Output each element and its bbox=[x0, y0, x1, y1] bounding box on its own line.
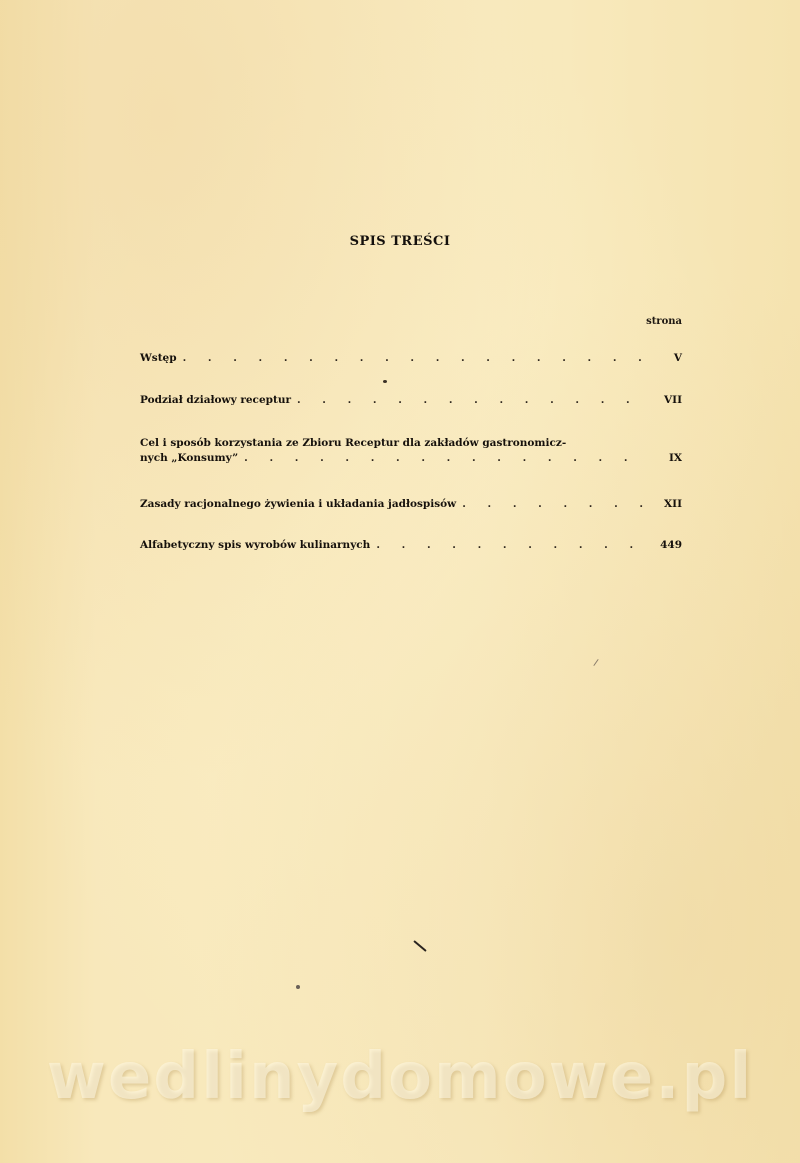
dot-leader bbox=[244, 451, 650, 466]
toc-entry-title-line2: nych „Konsumy” bbox=[140, 451, 238, 466]
toc-entry-title-line1: Cel i sposób korzystania ze Zbioru Recep… bbox=[140, 436, 566, 451]
toc-entry-zasady[interactable]: Zasady racjonalnego żywienia i układania… bbox=[140, 497, 682, 512]
toc-entry-title: Wstęp bbox=[140, 351, 177, 366]
scan-speck bbox=[296, 985, 300, 989]
dot-leader bbox=[297, 393, 650, 408]
toc-entry-title: Podział działowy receptur bbox=[140, 393, 291, 408]
toc-entry-wstep[interactable]: Wstęp V bbox=[140, 351, 682, 366]
dot-leader bbox=[376, 538, 650, 553]
scan-speck bbox=[593, 659, 598, 666]
toc-entry-page: IX bbox=[656, 451, 682, 466]
toc-entry-alfabetyczny-spis[interactable]: Alfabetyczny spis wyrobów kulinarnych 44… bbox=[140, 538, 682, 553]
dot-leader bbox=[183, 351, 650, 366]
watermark: wedlinydomowe.pl bbox=[0, 1040, 800, 1114]
toc-entry-title: Zasady racjonalnego żywienia i układania… bbox=[140, 497, 456, 512]
scan-speck bbox=[413, 940, 427, 952]
page-title: SPIS TREŚCI bbox=[0, 234, 800, 249]
toc-entry-podzial[interactable]: Podział działowy receptur VII bbox=[140, 393, 682, 408]
toc-entry-cel-i-sposob[interactable]: Cel i sposób korzystania ze Zbioru Recep… bbox=[140, 436, 682, 466]
dot-leader bbox=[462, 497, 650, 512]
toc-entry-page: VII bbox=[656, 393, 682, 408]
scan-speck bbox=[383, 380, 387, 383]
toc-entry-page: V bbox=[656, 351, 682, 366]
toc-entry-page: XII bbox=[656, 497, 682, 512]
toc-entry-title: Alfabetyczny spis wyrobów kulinarnych bbox=[140, 538, 370, 553]
page-column-label: strona bbox=[600, 316, 682, 327]
toc-entry-page: 449 bbox=[656, 538, 682, 553]
